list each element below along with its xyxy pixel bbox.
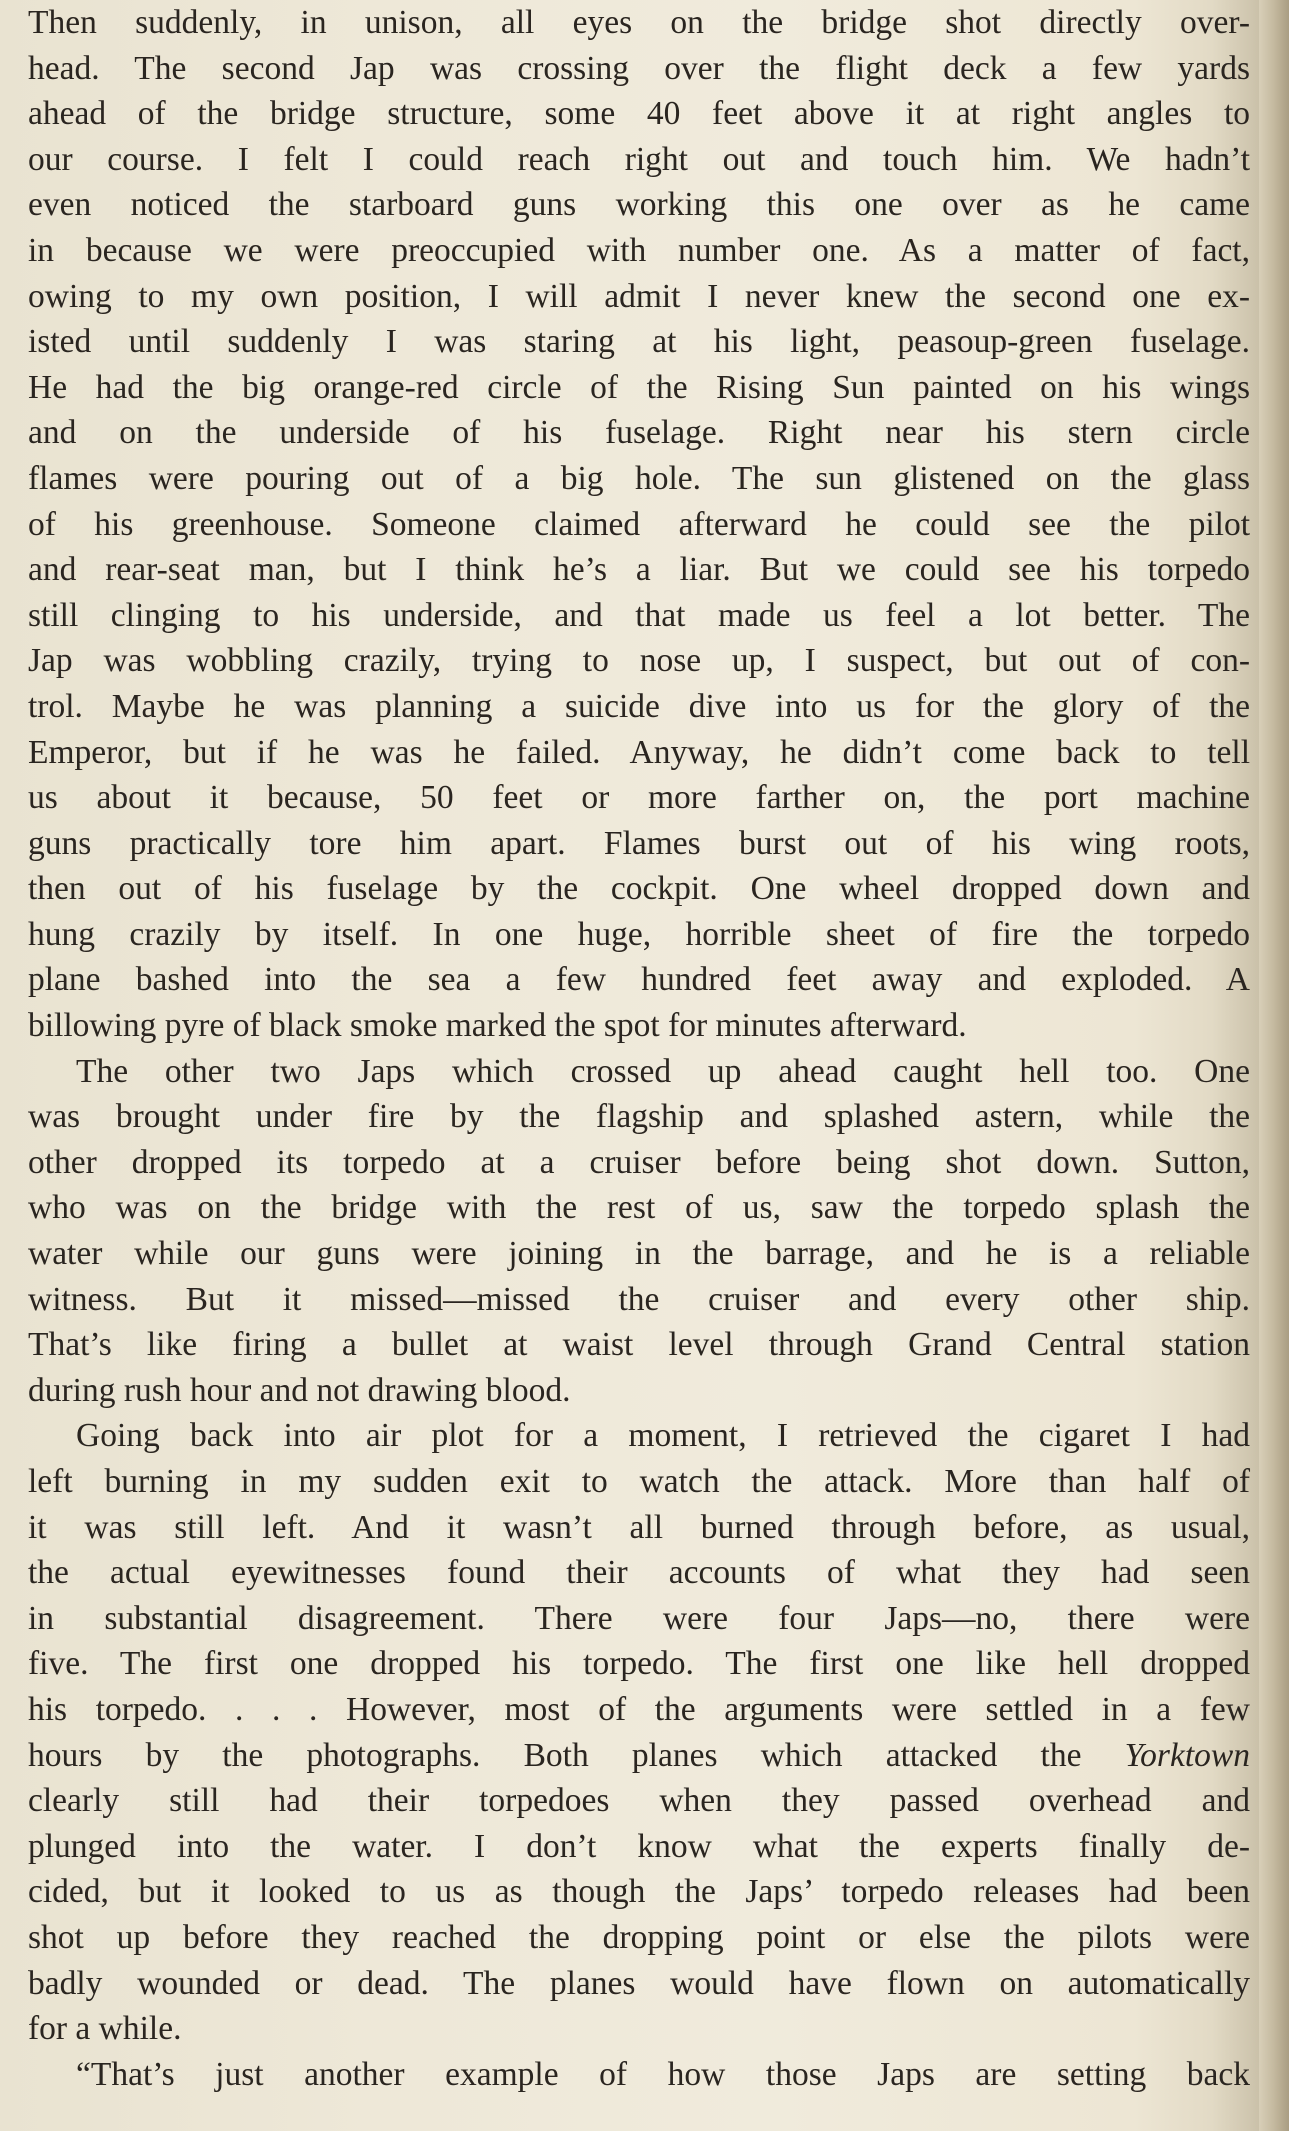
- paragraph-4: “That’s just another example of how thos…: [28, 2052, 1250, 2098]
- paragraph-1: Then suddenly, in unison, all eyes on th…: [28, 0, 1250, 1049]
- text-line: hours by the photographs. Both planes wh…: [28, 1733, 1250, 1779]
- text-line: water while our guns were joining in the…: [28, 1231, 1250, 1277]
- text-line: Emperor, but if he was he failed. Anyway…: [28, 730, 1250, 776]
- text-line: us about it because, 50 feet or more far…: [28, 775, 1250, 821]
- text-line: it was still left. And it wasn’t all bur…: [28, 1505, 1250, 1551]
- text-line: of his greenhouse. Someone claimed after…: [28, 502, 1250, 548]
- text-line: That’s like firing a bullet at waist lev…: [28, 1322, 1250, 1368]
- text-line: ahead of the bridge structure, some 40 f…: [28, 91, 1250, 137]
- text-line: guns practically tore him apart. Flames …: [28, 821, 1250, 867]
- text-line: plane bashed into the sea a few hundred …: [28, 957, 1250, 1003]
- text-line: flames were pouring out of a big hole. T…: [28, 456, 1250, 502]
- text-line: five. The first one dropped his torpedo.…: [28, 1641, 1250, 1687]
- text-line: The other two Japs which crossed up ahea…: [28, 1049, 1250, 1095]
- text-line: badly wounded or dead. The planes would …: [28, 1961, 1250, 2007]
- text-line: “That’s just another example of how thos…: [28, 2052, 1250, 2098]
- text-line: cided, but it looked to us as though the…: [28, 1869, 1250, 1915]
- text-line: isted until suddenly I was staring at hi…: [28, 319, 1250, 365]
- text-line: He had the big orange-red circle of the …: [28, 365, 1250, 411]
- page-text-body: Then suddenly, in unison, all eyes on th…: [28, 0, 1250, 2097]
- text-line: trol. Maybe he was planning a suicide di…: [28, 684, 1250, 730]
- page-gutter-shadow: [1259, 0, 1289, 2131]
- ship-name-italic: Yorktown: [1125, 1737, 1250, 1774]
- text-line: head. The second Jap was crossing over t…: [28, 46, 1250, 92]
- text-line: even noticed the starboard guns working …: [28, 182, 1250, 228]
- text-line: witness. But it missed—missed the cruise…: [28, 1277, 1250, 1323]
- text-line: shot up before they reached the dropping…: [28, 1915, 1250, 1961]
- text-line: owing to my own position, I will admit I…: [28, 274, 1250, 320]
- text-line: for a while.: [28, 2006, 1250, 2052]
- text-line: clearly still had their torpedoes when t…: [28, 1778, 1250, 1824]
- text-line: Going back into air plot for a moment, I…: [28, 1413, 1250, 1459]
- text-line: other dropped its torpedo at a cruiser b…: [28, 1140, 1250, 1186]
- text-line: hung crazily by itself. In one huge, hor…: [28, 912, 1250, 958]
- text-line: his torpedo. . . . However, most of the …: [28, 1687, 1250, 1733]
- paragraph-2: The other two Japs which crossed up ahea…: [28, 1049, 1250, 1414]
- text-line: billowing pyre of black smoke marked the…: [28, 1003, 1250, 1049]
- text-line-segment: hours by the photographs. Both planes wh…: [28, 1737, 1125, 1774]
- text-line: plunged into the water. I don’t know wha…: [28, 1824, 1250, 1870]
- text-line: was brought under fire by the flagship a…: [28, 1094, 1250, 1140]
- text-line: during rush hour and not drawing blood.: [28, 1368, 1250, 1414]
- text-line: who was on the bridge with the rest of u…: [28, 1185, 1250, 1231]
- book-page: Then suddenly, in unison, all eyes on th…: [0, 0, 1289, 2131]
- text-line: and rear-seat man, but I think he’s a li…: [28, 547, 1250, 593]
- text-line: Then suddenly, in unison, all eyes on th…: [28, 0, 1250, 46]
- text-line: our course. I felt I could reach right o…: [28, 137, 1250, 183]
- text-line: and on the underside of his fuselage. Ri…: [28, 410, 1250, 456]
- text-line: left burning in my sudden exit to watch …: [28, 1459, 1250, 1505]
- text-line: Jap was wobbling crazily, trying to nose…: [28, 638, 1250, 684]
- text-line: in substantial disagreement. There were …: [28, 1596, 1250, 1642]
- text-line: the actual eyewitnesses found their acco…: [28, 1550, 1250, 1596]
- text-line: then out of his fuselage by the cockpit.…: [28, 866, 1250, 912]
- paragraph-3: Going back into air plot for a moment, I…: [28, 1413, 1250, 2051]
- text-line: in because we were preoccupied with numb…: [28, 228, 1250, 274]
- text-line: still clinging to his underside, and tha…: [28, 593, 1250, 639]
